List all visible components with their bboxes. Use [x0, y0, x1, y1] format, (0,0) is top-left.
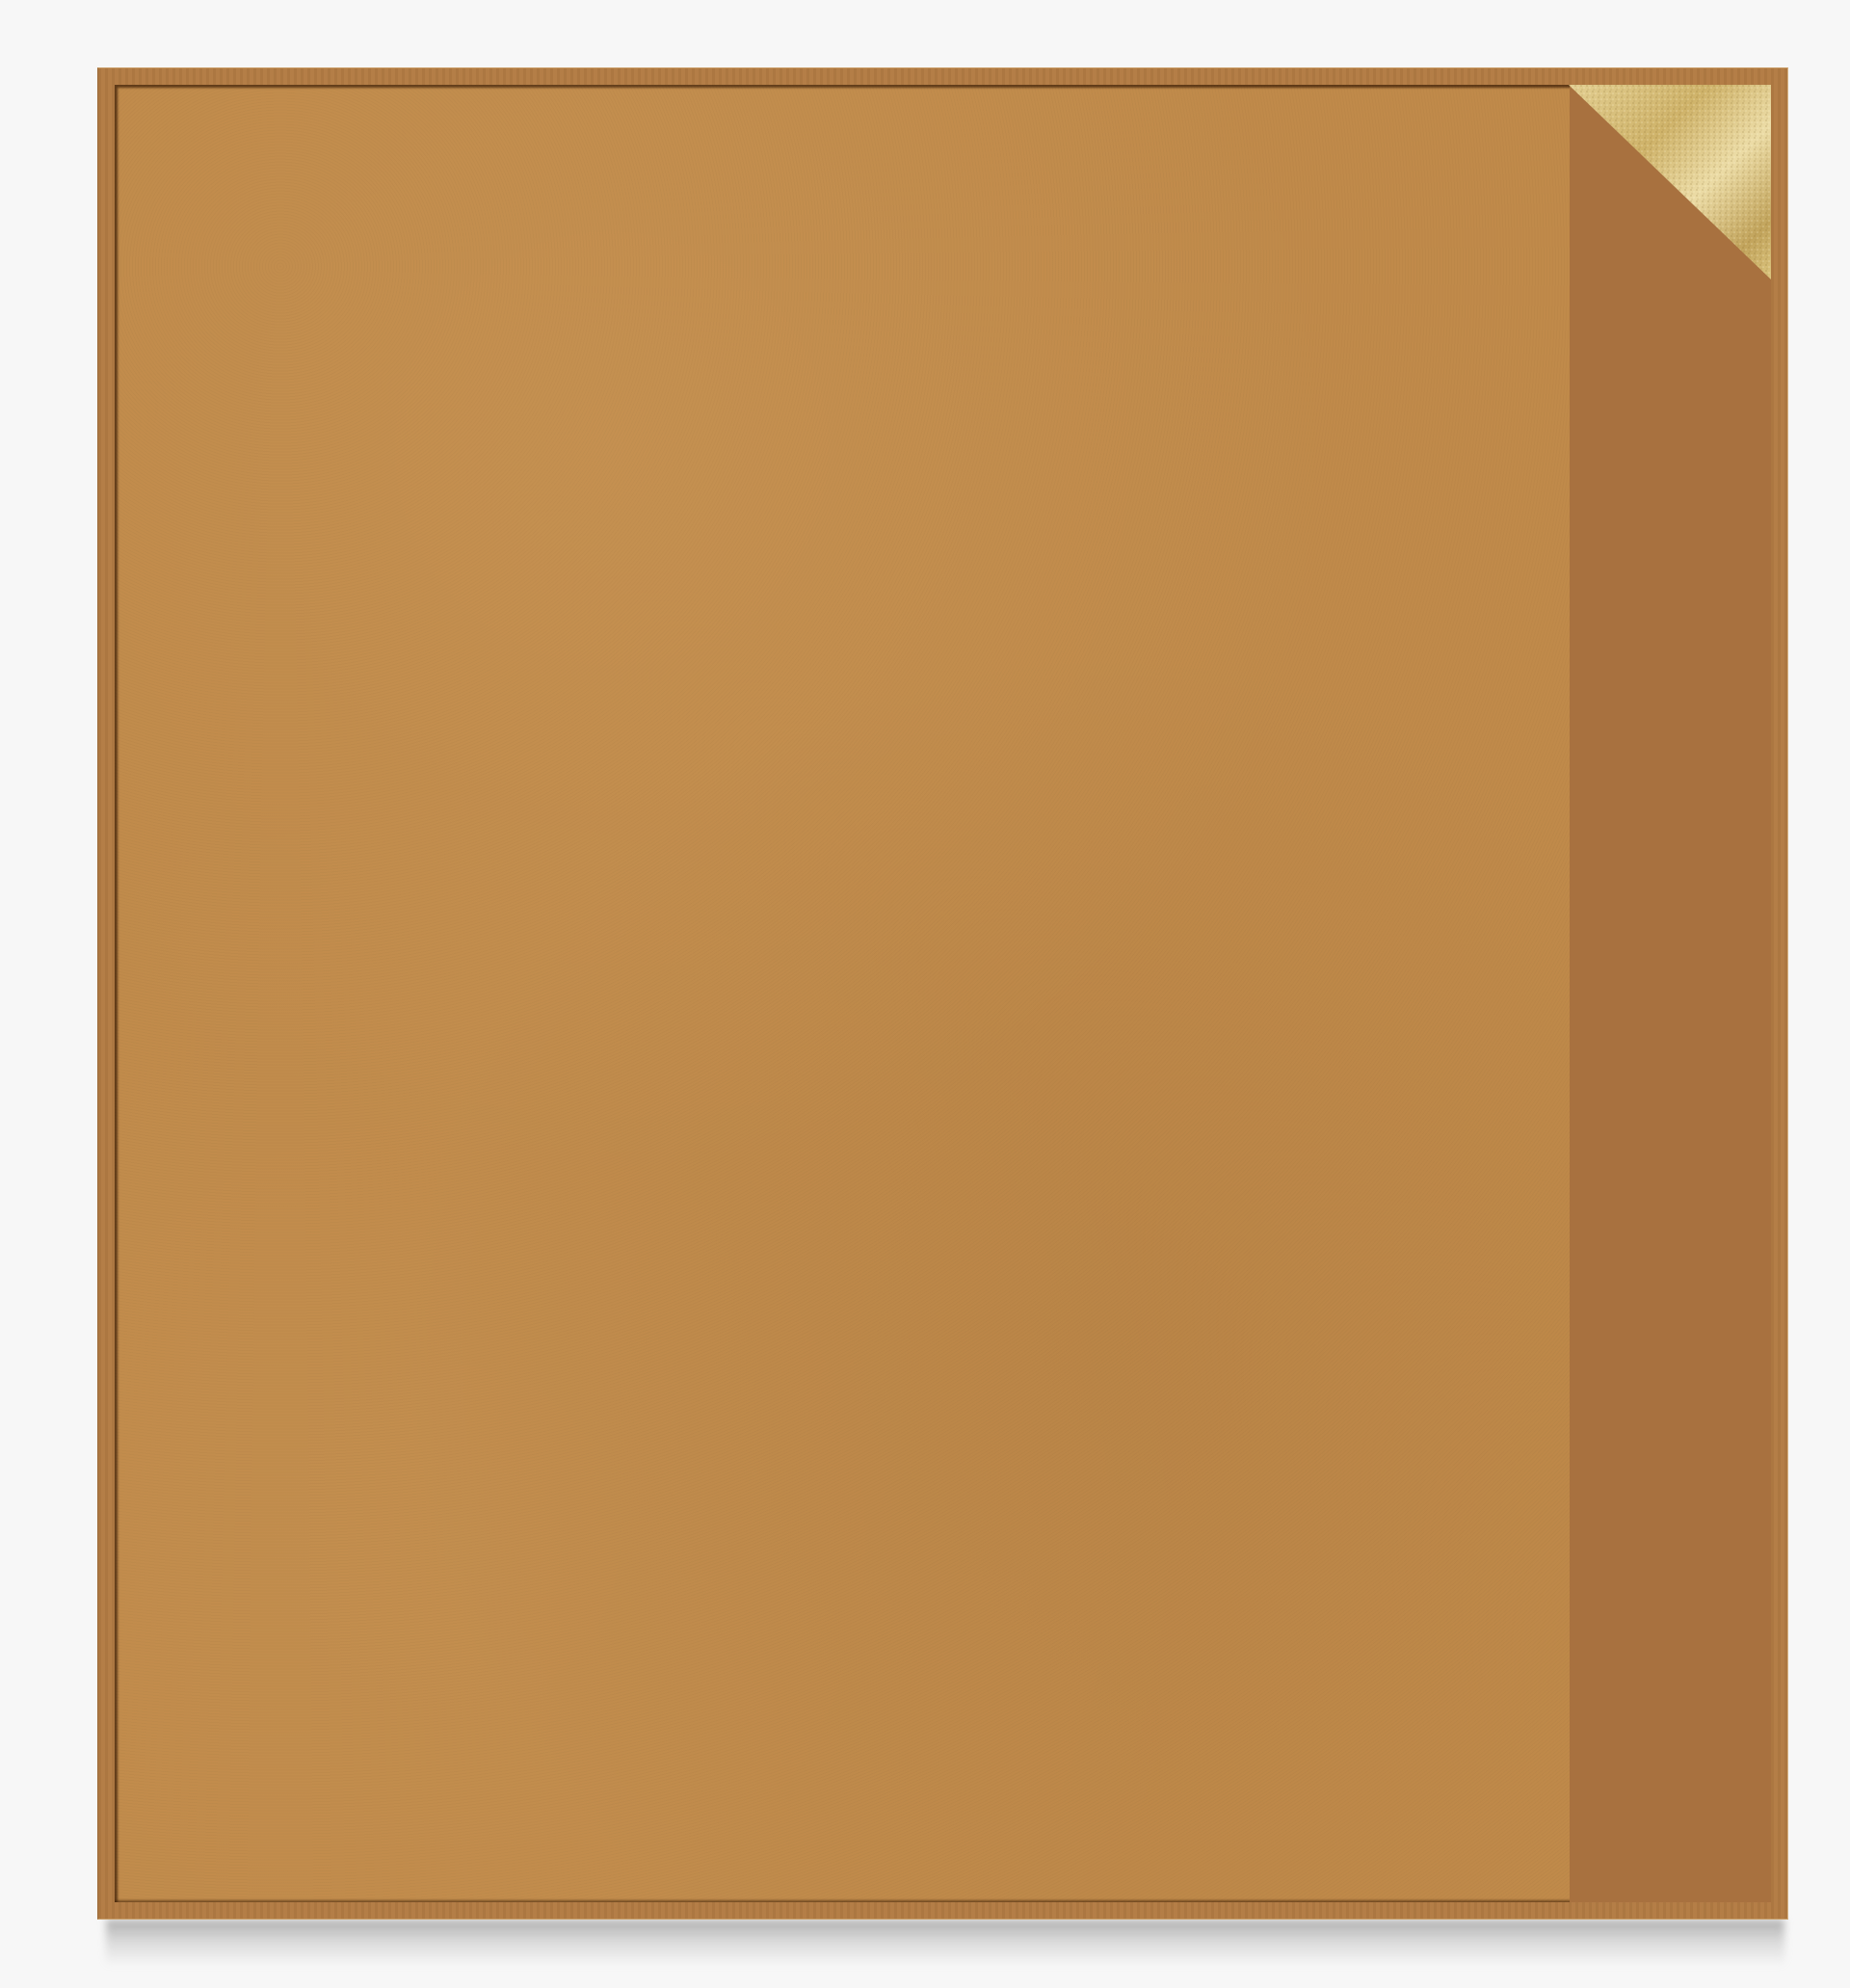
gold-triangle-shape	[1569, 85, 1771, 279]
gold-leaf-triangle	[1569, 85, 1771, 279]
brown-stripe	[1570, 85, 1771, 1902]
canvas-texture	[115, 85, 1771, 1902]
picture-frame	[97, 67, 1788, 1920]
frame-shadow	[106, 1920, 1784, 1966]
painting-canvas	[115, 85, 1771, 1902]
